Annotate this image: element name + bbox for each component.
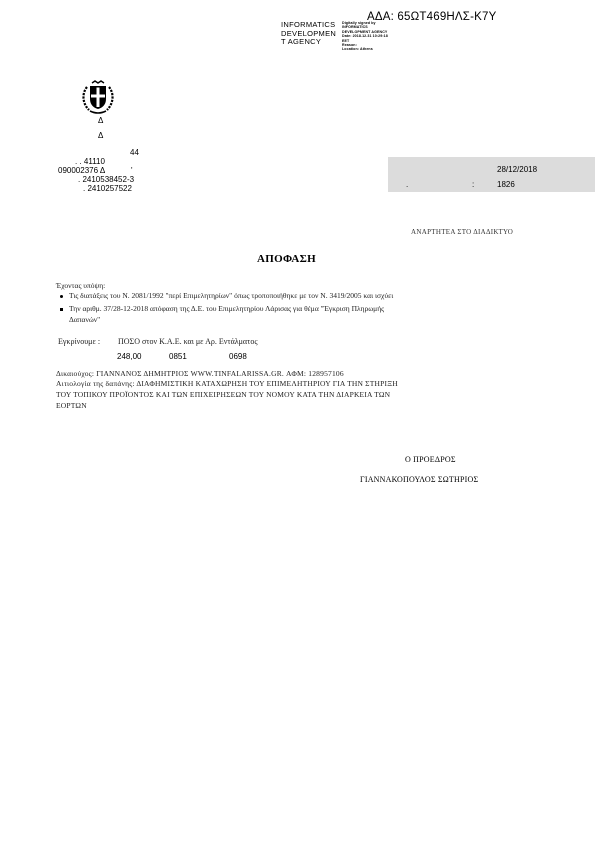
protocol-label-dot: .: [406, 180, 408, 189]
document-meta-box: 28/12/2018 . : 1826: [388, 157, 595, 192]
digital-signature-details: Digitally signed by INFORMATICS DEVELOPM…: [342, 21, 388, 52]
sender-phone: . 2410538452-3: [78, 175, 134, 184]
approved-amount: 248,00: [117, 352, 141, 361]
beneficiary-line: Δικαιούχος: ΓΙΑΝΝΑΝΟΣ ΔΗΜΗΤΡΙΟΣ WWW.TINF…: [56, 369, 344, 378]
kae-code: 0851: [169, 352, 187, 361]
signature-detail-line: Location: Athens: [342, 47, 388, 51]
sender-tax-id: 090002376 Δ: [58, 166, 105, 175]
consideration-item: Την αριθμ. 37/28-12-2018 απόφαση της Δ.Ε…: [69, 304, 384, 313]
expense-reason-line: ΕΟΡΤΩΝ: [56, 401, 87, 410]
signature-detail-line: Date: 2018.12.31 10:29:18: [342, 34, 388, 38]
signatory-name: ΓΙΑΝΝΑΚΟΠΟΥΛΟΣ ΣΩΤΗΡΙΟΣ: [360, 475, 478, 484]
publication-note: ΑΝΑΡΤΗΤΕΑ ΣΤΟ ΔΙΑΔΙΚΤΥΟ: [411, 228, 513, 236]
expense-reason-line: Αιτιολογία της δαπάνης: ΔΙΑΦΗΜΙΣΤΙΚΗ ΚΑΤ…: [56, 379, 398, 388]
consideration-item: Τις διατάξεις του Ν. 2081/1992 "περί Επι…: [69, 291, 393, 300]
greek-coat-of-arms-icon: [81, 79, 115, 115]
sender-postal-code: . . 41110: [75, 157, 105, 166]
sender-line: Δ: [98, 116, 103, 125]
bullet-icon: [60, 308, 63, 311]
approval-label: Εγκρίνουμε :: [58, 337, 100, 346]
bullet-icon: [60, 295, 63, 298]
sender-line: Δ: [98, 131, 103, 140]
warrant-number: 0698: [229, 352, 247, 361]
signer-org-line: T AGENCY: [281, 38, 336, 47]
expense-reason-line: ΤΟΥ ΤΟΠΙΚΟΥ ΠΡΟΪΟΝΤΟΣ ΚΑΙ ΤΩΝ ΕΠΙΧΕΙΡΗΣΕ…: [56, 390, 390, 399]
page-title: ΑΠΟΦΑΣΗ: [257, 253, 316, 265]
sender-street-number: 44: [130, 148, 139, 157]
protocol-number: 1826: [497, 180, 515, 189]
signer-organization: INFORMATICS DEVELOPMEN T AGENCY: [281, 21, 336, 47]
sender-mark: ': [131, 166, 133, 175]
sender-fax: . 2410257522: [83, 184, 132, 193]
document-date: 28/12/2018: [497, 165, 537, 174]
approval-columns: ΠΟΣΟ στον Κ.Α.Ε. και με Αρ. Εντάλματος: [118, 337, 258, 346]
considerations-intro: Έχοντας υπόψη:: [56, 281, 105, 290]
signatory-role: Ο ΠΡΟΕΔΡΟΣ: [405, 455, 456, 464]
consideration-item-continued: Δαπανών": [69, 315, 100, 324]
protocol-label-colon: :: [472, 180, 474, 189]
